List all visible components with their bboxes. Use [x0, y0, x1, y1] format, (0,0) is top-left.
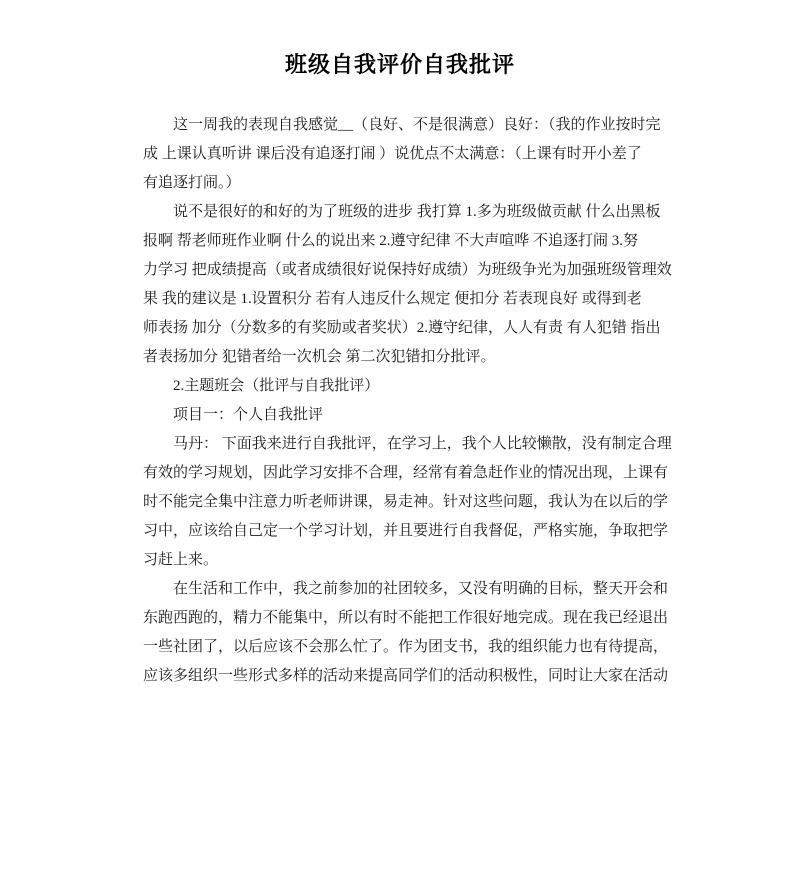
text-line: 有效的学习规划，因此学习安排不合理，经常有着急赶作业的情况出现，上课有 [143, 459, 657, 488]
document-body: 这一周我的表现自我感觉__（良好、不是很满意）良好：（我的作业按时完 成 上课认… [143, 111, 657, 691]
text-line: 力学习 把成绩提高（或者成绩很好说保持好成绩）为班级争光为加强班级管理效 [143, 256, 657, 285]
text-line: 者表扬加分 犯错者给一次机会 第二次犯错扣分批评。 [143, 343, 657, 372]
paragraph-self-feeling: 这一周我的表现自我感觉__（良好、不是很满意）良好：（我的作业按时完 成 上课认… [143, 111, 657, 198]
document-title: 班级自我评价自我批评 [0, 50, 800, 80]
paragraph-life-and-work: 在生活和工作中，我之前参加的社团较多，又没有明确的目标，整天开会和 东跑西跑的，… [143, 575, 657, 691]
document-page: 班级自我评价自我批评 这一周我的表现自我感觉__（良好、不是很满意）良好：（我的… [0, 0, 800, 877]
paragraph-madan-self-criticism: 马丹： 下面我来进行自我批评，在学习上，我个人比较懒散，没有制定合理 有效的学习… [143, 430, 657, 575]
text-line: 报啊 帮老师班作业啊 什么的说出来 2.遵守纪律 不大声喧哗 不追逐打闹 3.努 [143, 227, 657, 256]
paragraph-class-progress-plan: 说不是很好的和好的为了班级的进步 我打算 1.多为班级做贡献 什么出黑板 报啊 … [143, 198, 657, 372]
text-line: 一些社团了，以后应该不会那么忙了。作为团支书，我的组织能力也有待提高， [143, 633, 657, 662]
text-line: 师表扬 加分（分数多的有奖励或者奖状）2.遵守纪律，人人有责 有人犯错 指出 [143, 314, 657, 343]
text-line: 习中，应该给自己定一个学习计划，并且要进行自我督促，严格实施，争取把学 [143, 517, 657, 546]
text-line: 马丹： 下面我来进行自我批评，在学习上，我个人比较懒散，没有制定合理 [143, 430, 657, 459]
paragraph-item-one-heading: 项目一：个人自我批评 [143, 401, 657, 430]
text-line: 这一周我的表现自我感觉__（良好、不是很满意）良好：（我的作业按时完 [143, 111, 657, 140]
text-line: 2.主题班会（批评与自我批评） [143, 372, 657, 401]
text-line: 应该多组织一些形式多样的活动来提高同学们的活动积极性，同时让大家在活动 [143, 662, 657, 691]
text-line: 项目一：个人自我批评 [143, 401, 657, 430]
text-line: 在生活和工作中，我之前参加的社团较多，又没有明确的目标，整天开会和 [143, 575, 657, 604]
paragraph-theme-class-meeting: 2.主题班会（批评与自我批评） [143, 372, 657, 401]
text-line: 成 上课认真听讲 课后没有追逐打闹 ）说优点不太满意：（上课有时开小差了 [143, 140, 657, 169]
text-line: 时不能完全集中注意力听老师讲课，易走神。针对这些问题，我认为在以后的学 [143, 488, 657, 517]
text-line: 说不是很好的和好的为了班级的进步 我打算 1.多为班级做贡献 什么出黑板 [143, 198, 657, 227]
text-line: 东跑西跑的，精力不能集中，所以有时不能把工作很好地完成。现在我已经退出 [143, 604, 657, 633]
text-line: 习赶上来。 [143, 546, 657, 575]
text-line: 有追逐打闹。） [143, 169, 657, 198]
text-line: 果 我的建议是 1.设置积分 若有人违反什么规定 便扣分 若表现良好 或得到老 [143, 285, 657, 314]
